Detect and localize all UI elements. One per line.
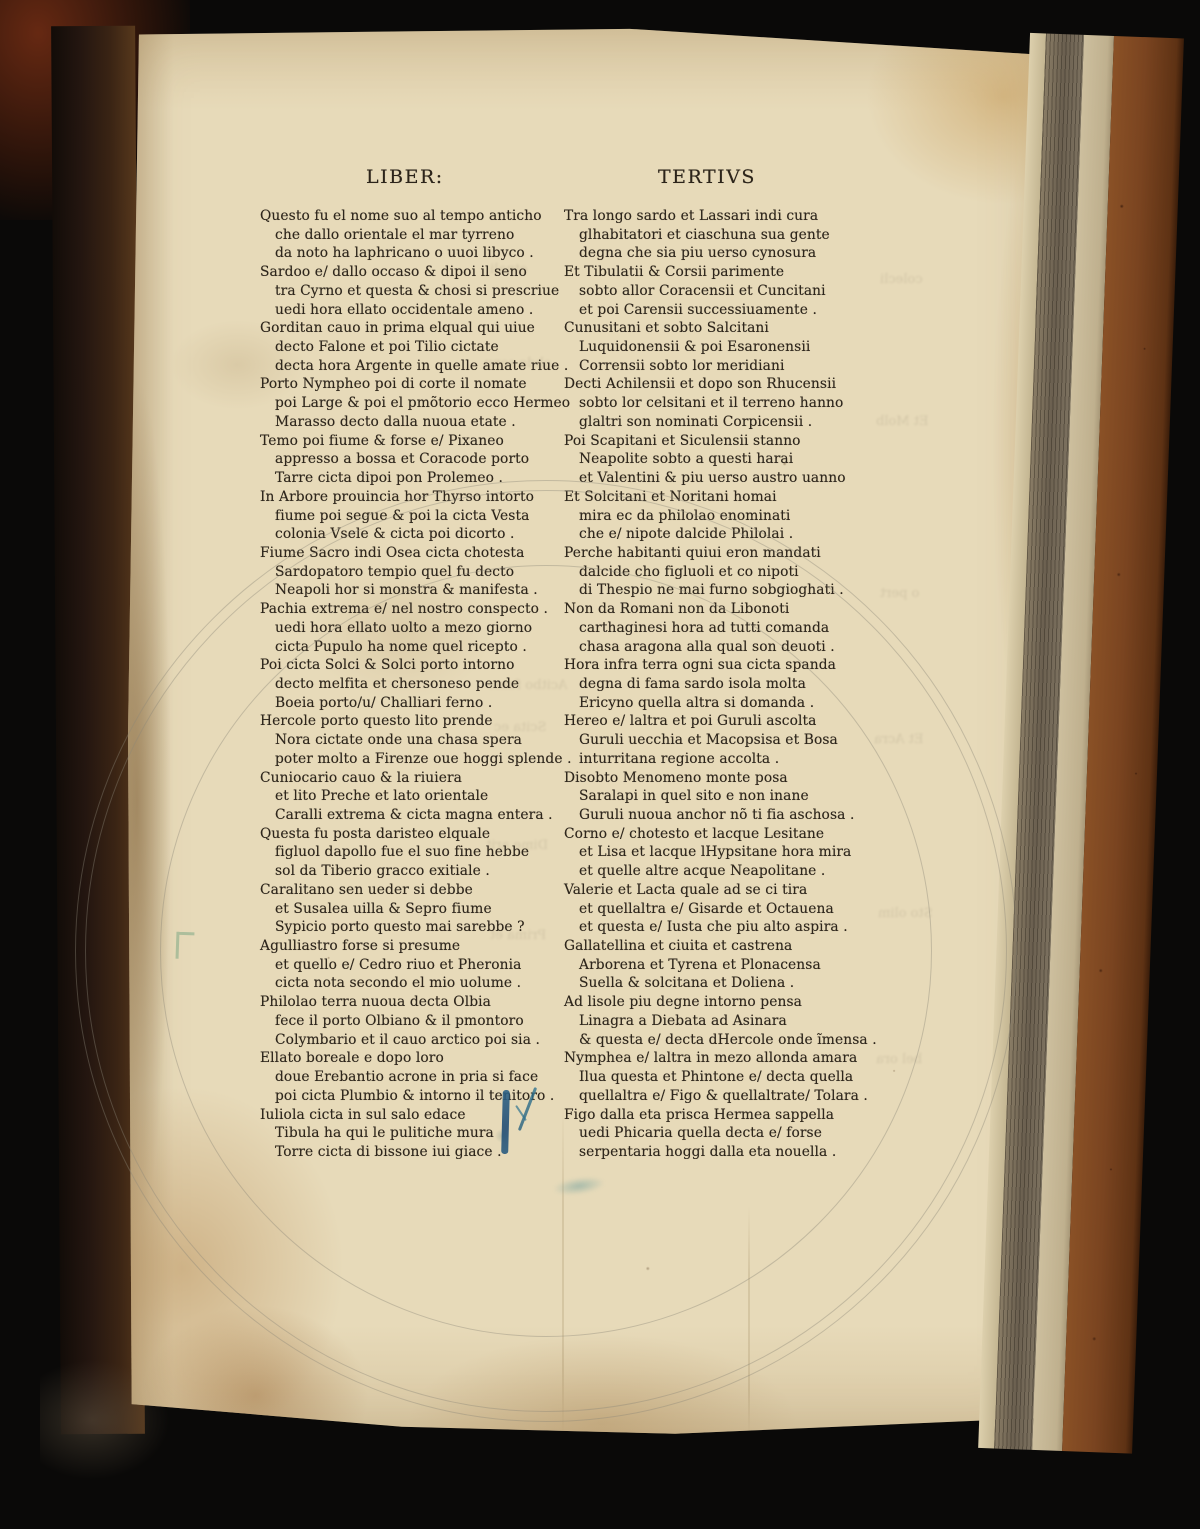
text-line: Disobto Menomeno monte posa <box>564 769 884 788</box>
text-line: et lito Preche et lato orientale <box>260 787 580 806</box>
text-line: Cunusitani et sobto Salcitani <box>564 319 884 338</box>
text-line: Gorditan cauo in prima elqual qui uiue <box>260 319 580 338</box>
text-line: uedi hora ellato occidentale ameno . <box>260 301 580 320</box>
showthrough-mark: o pert <box>880 586 919 601</box>
text-line: Ad lisole piu degne intorno pensa <box>564 993 884 1012</box>
text-line: Caralitano sen ueder si debbe <box>260 881 580 900</box>
text-line: Torre cicta di bissone iui giace . <box>260 1143 580 1162</box>
text-line: Porto Nympheo poi di corte il nomate <box>260 375 580 394</box>
text-line: et quellaltra e/ Gisarde et Octauena <box>564 900 884 919</box>
ink-smudge <box>553 1175 605 1198</box>
text-line: Fiume Sacro indi Osea cicta chotesta <box>260 544 580 563</box>
text-line: che e/ nipote dalcide Philolai . <box>564 525 884 544</box>
text-line: chasa aragona alla qual son deuoti . <box>564 638 884 657</box>
text-line: Suella & solcitana et Doliena . <box>564 974 884 993</box>
text-line: degna di fama sardo isola molta <box>564 675 884 694</box>
text-line: sol da Tiberio gracco exitiale . <box>260 862 580 881</box>
text-line: Hereo e/ laltra et poi Guruli ascolta <box>564 712 884 731</box>
text-line: Non da Romani non da Libonoti <box>564 600 884 619</box>
text-line: Pachia extrema e/ nel nostro conspecto . <box>260 600 580 619</box>
text-line: poi Large & poi el pmõtorio ecco Hermeo <box>260 394 580 413</box>
text-line: che dallo orientale el mar tyrreno <box>260 226 580 245</box>
text-line: Agulliastro forse si presume <box>260 937 580 956</box>
text-line: et questa e/ Iusta che piu alto aspira . <box>564 918 884 937</box>
text-line: degna che sia piu uerso cynosura <box>564 244 884 263</box>
text-line: Hercole porto questo lito prende <box>260 712 580 731</box>
text-line: et Susalea uilla & Sepro fiume <box>260 900 580 919</box>
text-line: Luquidonensii & poi Esaronensii <box>564 338 884 357</box>
text-line: Poi Scapitani et Siculensii stanno <box>564 432 884 451</box>
text-line: quellaltra e/ Figo & quellaltrate/ Tolar… <box>564 1087 884 1106</box>
text-column-left: Questo fu el nome suo al tempo anticho c… <box>260 207 580 1162</box>
text-line: cicta Pupulo ha nome quel ricepto . <box>260 638 580 657</box>
text-line: In Arbore prouincia hor Thyrso intorto <box>260 488 580 507</box>
showthrough-mark: Sto olim <box>878 906 933 921</box>
text-line: Colymbario et il cauo arctico poi sia . <box>260 1031 580 1050</box>
text-line: glhabitatori et ciaschuna sua gente <box>564 226 884 245</box>
text-line: Cuniocario cauo & la riuiera <box>260 769 580 788</box>
text-line: poter molto a Firenze oue hoggi splende … <box>260 750 580 769</box>
text-line: et Valentini & piu uerso austro uanno <box>564 469 884 488</box>
showthrough-mark: colecli <box>880 272 923 287</box>
text-line: Guruli nuoua anchor nõ ti fia aschosa . <box>564 806 884 825</box>
text-line: di Thespio ne mai furno sobgioghati . <box>564 581 884 600</box>
text-line: Et Solcitani et Noritani homai <box>564 488 884 507</box>
text-line: Saralapi in quel sito e non inane <box>564 787 884 806</box>
text-line: Figo dalla eta prisca Hermea sappella <box>564 1106 884 1125</box>
text-line: uedi hora ellato uolto a mezo giorno <box>260 619 580 638</box>
text-line: Sypicio porto questo mai sarebbe ? <box>260 918 580 937</box>
text-line: Nymphea e/ laltra in mezo allonda amara <box>564 1049 884 1068</box>
text-line: Iuliola cicta in sul salo edace <box>260 1106 580 1125</box>
text-line: Temo poi fiume & forse e/ Pixaneo <box>260 432 580 451</box>
text-line: sobto allor Coracensii et Cuncitani <box>564 282 884 301</box>
text-line: Tarre cicta dipoi pon Prolemeo . <box>260 469 580 488</box>
text-line: colonia Vsele & cicta poi dicorto . <box>260 525 580 544</box>
text-line: serpentaria hoggi dalla eta nouella . <box>564 1143 884 1162</box>
text-line: dalcide cho figluoli et co nipoti <box>564 563 884 582</box>
text-line: inturritana regione accolta . <box>564 750 884 769</box>
text-line: Guruli uecchia et Macopsisa et Bosa <box>564 731 884 750</box>
text-line: & questa e/ decta dHercole onde ĩmensa . <box>564 1031 884 1050</box>
text-line: Boeia porto/u/ Challiari ferno . <box>260 694 580 713</box>
paper-crease <box>748 1206 750 1436</box>
text-line: Corrensii sobto lor meridiani <box>564 357 884 376</box>
text-line: Hora infra terra ogni sua cicta spanda <box>564 656 884 675</box>
text-line: doue Erebantio acrone in pria si face <box>260 1068 580 1087</box>
text-line: Perche habitanti quiui eron mandati <box>564 544 884 563</box>
text-line: Tra longo sardo et Lassari indi cura <box>564 207 884 226</box>
running-header-right: TERTIVS <box>658 166 756 188</box>
margin-green-mark <box>176 932 195 960</box>
text-line: Valerie et Lacta quale ad se ci tira <box>564 881 884 900</box>
text-line: Neapolite sobto a questi harai <box>564 450 884 469</box>
text-line: Neapoli hor si monstra & manifesta . <box>260 581 580 600</box>
text-line: et poi Carensii successiuamente . <box>564 301 884 320</box>
text-line: et quelle altre acque Neapolitane . <box>564 862 884 881</box>
text-line: decto melfita et chersoneso pende <box>260 675 580 694</box>
text-line: fece il porto Olbiano & il pmontoro <box>260 1012 580 1031</box>
text-line: Linagra a Diebata ad Asinara <box>564 1012 884 1031</box>
book-photograph: LIBER: TERTIVS Questo fu el nome suo al … <box>0 0 1200 1529</box>
text-line: tra Cyrno et questa & chosi si prescriue <box>260 282 580 301</box>
text-line: Marasso decto dalla nuoua etate . <box>260 413 580 432</box>
text-line: carthaginesi hora ad tutti comanda <box>564 619 884 638</box>
text-line: Ellato boreale e dopo loro <box>260 1049 580 1068</box>
text-line: Et Tibulatii & Corsii parimente <box>564 263 884 282</box>
text-line: Questa fu posta daristeo elquale <box>260 825 580 844</box>
text-line: decto Falone et poi Tilio cictate <box>260 338 580 357</box>
text-line: cicta nota secondo el mio uolume . <box>260 974 580 993</box>
text-line: Corno e/ chotesto et lacque Lesitane <box>564 825 884 844</box>
text-line: glaltri son nominati Corpicensii . <box>564 413 884 432</box>
text-line: Sardopatoro tempio quel fu decto <box>260 563 580 582</box>
text-line: Nora cictate onde una chasa spera <box>260 731 580 750</box>
text-line: uedi Phicaria quella decta e/ forse <box>564 1124 884 1143</box>
text-line: Ilua questa et Phintone e/ decta quella <box>564 1068 884 1087</box>
text-line: Poi cicta Solci & Solci porto intorno <box>260 656 580 675</box>
book-page: LIBER: TERTIVS Questo fu el nome suo al … <box>128 26 1040 1438</box>
text-line: mira ec da philolao enominati <box>564 507 884 526</box>
text-line: fiume poi segue & poi la cicta Vesta <box>260 507 580 526</box>
text-line: Ericyno quella altra si domanda . <box>564 694 884 713</box>
text-line: appresso a bossa et Coracode porto <box>260 450 580 469</box>
running-header-left: LIBER: <box>366 166 444 188</box>
text-line: Arborena et Tyrena et Plonacensa <box>564 956 884 975</box>
text-line: decta hora Argente in quelle amate riue … <box>260 357 580 376</box>
text-line: Caralli extrema & cicta magna entera . <box>260 806 580 825</box>
text-column-right: Tra longo sardo et Lassari indi cura glh… <box>564 207 884 1162</box>
text-line: Decti Achilensii et dopo son Rhucensii <box>564 375 884 394</box>
text-line: Questo fu el nome suo al tempo anticho <box>260 207 580 226</box>
text-line: et Lisa et lacque lHypsitane hora mira <box>564 843 884 862</box>
text-line: Sardoo e/ dallo occaso & dipoi il seno <box>260 263 580 282</box>
text-line: da noto ha laphricano o uuoi libyco . <box>260 244 580 263</box>
text-line: Philolao terra nuoua decta Olbia <box>260 993 580 1012</box>
text-line: sobto lor celsitani et il terreno hanno <box>564 394 884 413</box>
text-line: figluol dapollo fue el suo fine hebbe <box>260 843 580 862</box>
text-line: Tibula ha qui le pulitiche mura <box>260 1124 580 1143</box>
text-line: et quello e/ Cedro riuo et Pheronia <box>260 956 580 975</box>
text-line: Gallatellina et ciuita et castrena <box>564 937 884 956</box>
